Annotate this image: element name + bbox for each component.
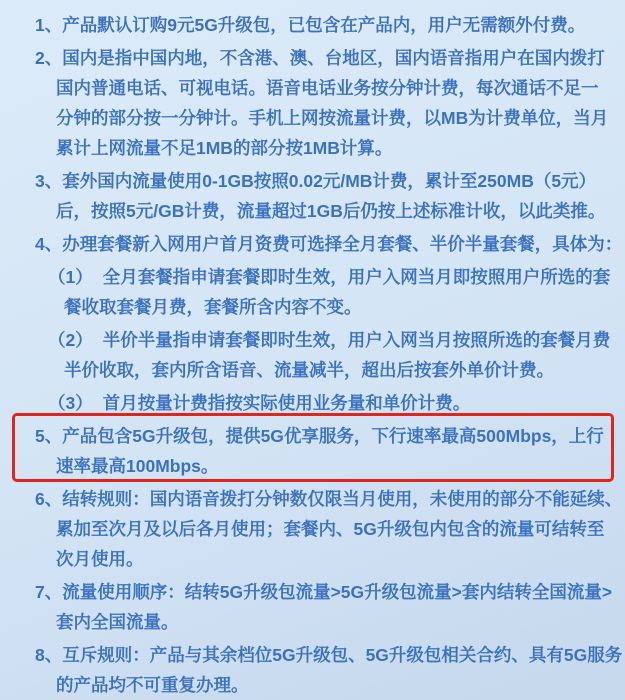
term-line: 国内普通电话、可视电话。语音电话业务按分钟计费，每次通话不足一 [0,73,625,103]
term-item: 2、国内是指中国内地，不含港、澳、台地区，国内语音指用户在国内拨打国内普通电话、… [0,43,625,163]
term-marker: 6、 [35,489,62,509]
term-line: 累计上网流量不足1MB的部分按1MB计算。 [0,133,625,163]
terms-list: 1、产品默认订购9元5G升级包，已包含在产品内，用户无需额外付费。2、国内是指中… [0,0,625,700]
term-item: 5、产品包含5G升级包，提供5G优享服务，下行速率最高500Mbps，上行速率最… [0,421,625,481]
term-text: 结转规则：国内语音拨打分钟数仅限当月使用，未使用的部分不能延续、 [62,489,622,509]
term-line: 1、产品默认订购9元5G升级包，已包含在产品内，用户无需额外付费。 [0,10,625,40]
term-marker: 7、 [35,582,62,602]
term-text: 国内是指中国内地，不含港、澳、台地区，国内语音指用户在国内拨打 [62,48,605,68]
term-text: 互斥规则：产品与其余档位5G升级包、5G升级包相关合约、具有5G服务 [62,645,622,665]
term-line: 5、产品包含5G升级包，提供5G优享服务，下行速率最高500Mbps，上行 [0,421,625,451]
term-line: 的产品均不可重复办理。 [0,670,625,700]
term-line: 速率最高100Mbps。 [0,451,625,481]
term-text: 全月套餐指申请套餐即时生效，用户入网当月即按照用户所选的套 [103,267,611,287]
term-item: 1、产品默认订购9元5G升级包，已包含在产品内，用户无需额外付费。 [0,10,625,40]
term-marker: （2） [48,330,93,350]
term-line: 8、互斥规则：产品与其余档位5G升级包、5G升级包相关合约、具有5G服务 [0,640,625,670]
term-line: 6、结转规则：国内语音拨打分钟数仅限当月使用，未使用的部分不能延续、 [0,484,625,514]
term-item: 8、互斥规则：产品与其余档位5G升级包、5G升级包相关合约、具有5G服务的产品均… [0,640,625,700]
term-text: 流量使用顺序：结转5G升级包流量>5G升级包流量>套内结转全国流量> [62,582,612,602]
term-marker: 5、 [35,426,62,446]
term-text: 产品默认订购9元5G升级包，已包含在产品内，用户无需额外付费。 [62,15,585,35]
term-text: 半价半量指申请套餐即时生效，用户入网当月按照所选的套餐月费 [103,330,611,350]
term-line: （2）半价半量指申请套餐即时生效，用户入网当月按照所选的套餐月费 [0,325,625,355]
term-marker: 2、 [35,48,62,68]
term-line: （1）全月套餐指申请套餐即时生效，用户入网当月即按照用户所选的套 [0,262,625,292]
term-line: 次月使用。 [0,544,625,574]
term-text: 办理套餐新入网用户首月资费可选择全月套餐、半价半量套餐，具体为： [62,234,622,254]
term-marker: （1） [48,267,93,287]
term-line: 累加至次月及以后各月使用；套餐内、5G升级包内包含的流量可结转至 [0,514,625,544]
term-line: 套内全国流量。 [0,607,625,637]
term-marker: 3、 [35,171,62,191]
term-line: 半价收取，套内所含语音、流量减半，超出后按套外单价计费。 [0,355,625,385]
term-marker: （3） [48,393,93,413]
term-subitem: （3）首月按量计费指按实际使用业务量和单价计费。 [0,388,625,418]
term-marker: 1、 [35,15,62,35]
term-marker: 8、 [35,645,62,665]
term-item: 7、流量使用顺序：结转5G升级包流量>5G升级包流量>套内结转全国流量>套内全国… [0,577,625,637]
term-line: 分钟的部分按一分钟计。手机上网按流量计费，以MB为计费单位，当月 [0,103,625,133]
term-line: 3、套外国内流量使用0-1GB按照0.02元/MB计费，累计至250MB（5元） [0,166,625,196]
term-item: 4、办理套餐新入网用户首月资费可选择全月套餐、半价半量套餐，具体为： [0,229,625,259]
term-text: 首月按量计费指按实际使用业务量和单价计费。 [103,393,471,413]
term-line: 后，按照5元/GB计费，流量超过1GB后仍按上述标准计收，以此类推。 [0,196,625,226]
term-item: 6、结转规则：国内语音拨打分钟数仅限当月使用，未使用的部分不能延续、累加至次月及… [0,484,625,574]
term-line: 7、流量使用顺序：结转5G升级包流量>5G升级包流量>套内结转全国流量> [0,577,625,607]
term-subitem: （2）半价半量指申请套餐即时生效，用户入网当月按照所选的套餐月费半价收取，套内所… [0,325,625,385]
term-line: 2、国内是指中国内地，不含港、澳、台地区，国内语音指用户在国内拨打 [0,43,625,73]
term-text: 产品包含5G升级包，提供5G优享服务，下行速率最高500Mbps，上行 [62,426,604,446]
term-line: 餐收取套餐月费，套餐所含内容不变。 [0,292,625,322]
term-line: （3）首月按量计费指按实际使用业务量和单价计费。 [0,388,625,418]
term-item: 3、套外国内流量使用0-1GB按照0.02元/MB计费，累计至250MB（5元）… [0,166,625,226]
term-text: 套外国内流量使用0-1GB按照0.02元/MB计费，累计至250MB（5元） [62,171,596,191]
term-marker: 4、 [35,234,62,254]
term-subitem: （1）全月套餐指申请套餐即时生效，用户入网当月即按照用户所选的套餐收取套餐月费，… [0,262,625,322]
term-line: 4、办理套餐新入网用户首月资费可选择全月套餐、半价半量套餐，具体为： [0,229,625,259]
